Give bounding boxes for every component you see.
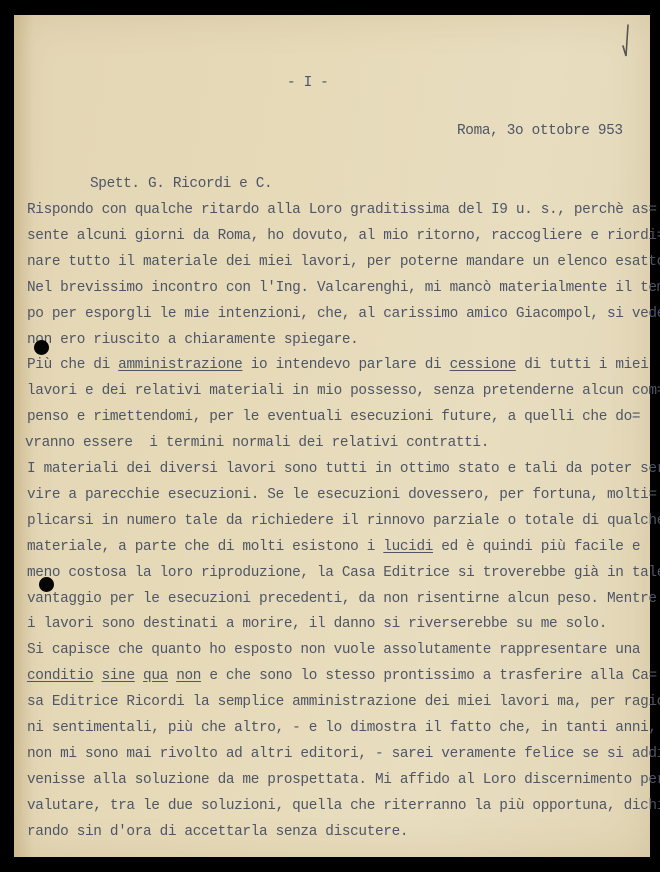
body-line: I materiali dei diversi lavori sono tutt…	[27, 462, 660, 476]
body-line: meno costosa la loro riproduzione, la Ca…	[27, 566, 660, 580]
text-run: lavori e dei relativi materiali in mio p…	[27, 383, 660, 399]
text-run: ed è quindi più facile e	[433, 539, 640, 555]
text-run: sa Editrice Ricordi la semplice amminist…	[27, 694, 660, 710]
text-run: Si capisce che quanto ho esposto non vuo…	[27, 642, 640, 658]
text-run: plicarsi in numero tale da richiedere il…	[27, 513, 660, 529]
check-mark-icon	[620, 24, 630, 58]
text-run: non mi sono mai rivolto ad altri editori…	[27, 746, 660, 762]
underlined-term: conditio	[27, 668, 93, 684]
text-run: io intendevo parlare di	[242, 357, 449, 373]
underlined-term: cessione	[450, 357, 516, 373]
body-line: po per esporgli le mie intenzioni, che, …	[27, 307, 660, 321]
text-run: venisse alla soluzione da me prospettata…	[27, 772, 660, 788]
body-line: sente alcuni giorni da Roma, ho dovuto, …	[27, 229, 660, 243]
punch-hole-top	[34, 340, 49, 355]
body-line: valutare, tra le due soluzioni, quella c…	[27, 799, 660, 813]
body-line: non ero riuscito a chiaramente spiegare.	[27, 333, 358, 347]
body-line: lavori e dei relativi materiali in mio p…	[27, 384, 660, 398]
body-line: sa Editrice Ricordi la semplice amminist…	[27, 695, 660, 709]
page-number: - I -	[287, 76, 328, 90]
salutation: Spett. G. Ricordi e C.	[90, 177, 272, 191]
text-run: valutare, tra le due soluzioni, quella c…	[27, 798, 660, 814]
date-line: Roma, 3o ottobre 953	[457, 124, 623, 138]
text-run: nare tutto il materiale dei miei lavori,…	[27, 254, 660, 270]
text-run	[168, 668, 176, 684]
body-line: venisse alla soluzione da me prospettata…	[27, 773, 660, 787]
text-run: vranno essere i termini normali dei rela…	[25, 435, 489, 451]
text-run: materiale, a parte che di molti esistono…	[27, 539, 383, 555]
body-line: materiale, a parte che di molti esistono…	[27, 540, 640, 554]
text-run: meno costosa la loro riproduzione, la Ca…	[27, 565, 660, 581]
text-run: ni sentimentali, più che altro, - e lo d…	[27, 720, 657, 736]
text-run: i lavori sono destinati a morire, il dan…	[27, 616, 607, 632]
text-run: vire a parecchie esecuzioni. Se le esecu…	[27, 487, 657, 503]
body-line: vranno essere i termini normali dei rela…	[25, 436, 489, 450]
text-run	[93, 668, 101, 684]
underlined-term: non	[176, 668, 201, 684]
text-run: di tutti i miei	[516, 357, 649, 373]
body-line: Nel brevissimo incontro con l'Ing. Valca…	[27, 281, 660, 295]
body-line: Più che di amministrazione io intendevo …	[27, 358, 648, 372]
body-line: non mi sono mai rivolto ad altri editori…	[27, 747, 660, 761]
text-run: I materiali dei diversi lavori sono tutt…	[27, 461, 660, 477]
body-line: Si capisce che quanto ho esposto non vuo…	[27, 643, 640, 657]
text-run: Rispondo con qualche ritardo alla Loro g…	[27, 202, 657, 218]
body-line: plicarsi in numero tale da richiedere il…	[27, 514, 660, 528]
underlined-term: qua	[143, 668, 168, 684]
body-line: i lavori sono destinati a morire, il dan…	[27, 617, 607, 631]
body-line: vire a parecchie esecuzioni. Se le esecu…	[27, 488, 657, 502]
text-run: Nel brevissimo incontro con l'Ing. Valca…	[27, 280, 660, 296]
text-run: rando sin d'ora di accettarla senza disc…	[27, 824, 408, 840]
body-line: conditio sine qua non e che sono lo stes…	[27, 669, 657, 683]
text-run: vantaggio per le esecuzioni precedenti, …	[27, 591, 660, 607]
text-run: penso e rimettendomi, per le eventuali e…	[27, 409, 640, 425]
punch-hole-bottom	[39, 577, 54, 592]
body-line: nare tutto il materiale dei miei lavori,…	[27, 255, 660, 269]
text-run: po per esporgli le mie intenzioni, che, …	[27, 306, 660, 322]
body-line: penso e rimettendomi, per le eventuali e…	[27, 410, 640, 424]
body-line: rando sin d'ora di accettarla senza disc…	[27, 825, 408, 839]
text-run: sente alcuni giorni da Roma, ho dovuto, …	[27, 228, 660, 244]
underlined-term: amministrazione	[118, 357, 242, 373]
body-line: vantaggio per le esecuzioni precedenti, …	[27, 592, 660, 606]
underlined-term: lucidi	[383, 539, 433, 555]
body-line: Rispondo con qualche ritardo alla Loro g…	[27, 203, 657, 217]
underlined-term: sine	[102, 668, 135, 684]
text-run	[135, 668, 143, 684]
text-run: Più che di	[27, 357, 118, 373]
text-run: non ero riuscito a chiaramente spiegare.	[27, 332, 358, 348]
body-line: ni sentimentali, più che altro, - e lo d…	[27, 721, 657, 735]
text-run: e che sono lo stesso prontissimo a trasf…	[201, 668, 657, 684]
